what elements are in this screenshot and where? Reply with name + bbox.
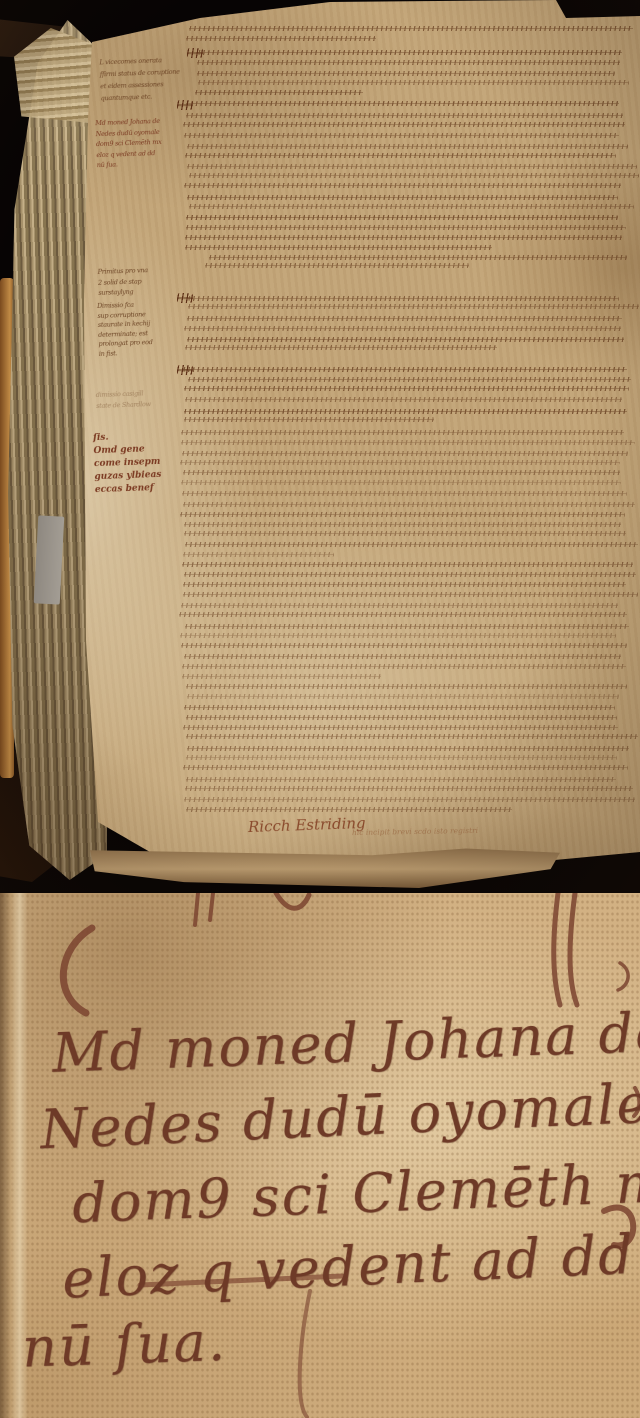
script-line xyxy=(188,296,620,301)
script-line xyxy=(197,71,615,76)
script-line xyxy=(184,522,621,527)
script-line xyxy=(187,164,637,169)
script-line xyxy=(186,36,375,41)
script-line xyxy=(195,90,364,95)
script-line xyxy=(189,204,634,209)
dimissio-note: Dimissio fcasup corruptionestaurate in k… xyxy=(97,300,153,359)
margin-note-line: eccas benef xyxy=(95,482,162,497)
script-line xyxy=(183,725,618,730)
script-line xyxy=(187,316,621,321)
script-line xyxy=(183,122,625,127)
script-line xyxy=(185,624,629,629)
script-line xyxy=(185,345,496,350)
marginal-note-closeup-photo: Md moned Johana deNedes dudū oyomaledom9… xyxy=(0,893,640,1418)
script-line xyxy=(188,377,631,382)
script-line xyxy=(186,715,618,720)
script-line xyxy=(186,684,627,689)
margin-note-line: surstaylyng xyxy=(98,286,149,298)
script-line xyxy=(187,694,619,699)
script-line xyxy=(184,417,434,422)
script-line xyxy=(186,807,512,812)
script-line xyxy=(184,183,622,188)
script-line xyxy=(185,786,633,791)
script-line xyxy=(186,225,625,230)
script-line xyxy=(180,512,625,517)
script-line xyxy=(182,491,626,496)
script-line xyxy=(187,144,628,149)
script-line xyxy=(184,797,635,802)
script-line xyxy=(184,654,622,659)
script-line xyxy=(184,705,615,710)
script-line xyxy=(183,765,628,770)
script-line xyxy=(185,235,622,240)
script-line xyxy=(187,195,618,200)
script-line xyxy=(183,552,334,557)
md-moned-note: Md moned Johana deNedes dudū oyomaledom9… xyxy=(95,116,162,171)
script-line xyxy=(184,531,626,536)
script-line xyxy=(183,582,626,587)
script-line xyxy=(183,502,635,507)
script-line xyxy=(185,397,622,402)
script-line xyxy=(181,440,635,445)
script-line xyxy=(186,101,619,106)
script-line xyxy=(184,386,629,391)
script-line xyxy=(185,153,616,158)
margin-note-line: prolongat pro eod xyxy=(98,338,152,349)
script-line xyxy=(184,326,621,331)
script-line xyxy=(209,255,627,260)
script-line xyxy=(184,409,626,414)
script-line xyxy=(184,572,636,577)
script-line xyxy=(189,173,640,178)
script-line xyxy=(182,674,382,679)
script-line xyxy=(185,542,638,547)
script-line xyxy=(180,460,620,465)
script-line xyxy=(186,755,617,760)
script-line xyxy=(182,562,633,567)
closeup-script-line: eloz q vedent ad dd xyxy=(61,1223,636,1311)
script-line xyxy=(189,26,634,31)
primitus-note: Primitus pro vna2 solid de stapsurstayly… xyxy=(97,265,148,298)
flourished-initial xyxy=(187,48,203,58)
script-line xyxy=(179,612,627,617)
margin-note-line: in fist. xyxy=(99,348,153,359)
sheriff-note: L vicecomes onerataffirmi status de coru… xyxy=(99,54,181,105)
closeup-script-line: Md moned Johana de xyxy=(51,1000,640,1084)
script-line xyxy=(187,746,629,751)
script-line xyxy=(187,337,624,342)
script-line xyxy=(182,451,628,456)
script-line xyxy=(186,734,637,739)
script-line xyxy=(181,430,624,435)
script-line xyxy=(184,133,618,138)
manuscript-photo-post: Ricch Estriding hic incipit brevi scdo i… xyxy=(0,0,640,1418)
script-line xyxy=(188,304,639,309)
script-line xyxy=(183,367,627,372)
script-line xyxy=(186,113,623,118)
script-line xyxy=(180,633,616,638)
script-line xyxy=(183,470,620,475)
bookmark-tab xyxy=(34,515,65,604)
closeup-script-line: nū ſua. xyxy=(21,1309,228,1379)
script-line xyxy=(205,263,469,268)
script-line xyxy=(181,480,621,485)
margin-note-line: state de Shardlow xyxy=(96,399,151,412)
script-line xyxy=(197,60,619,65)
flourished-initial xyxy=(177,365,193,375)
shardlow-note: dimissio casigillstate de Shardlow xyxy=(96,388,151,412)
script-line xyxy=(185,245,492,250)
script-line xyxy=(198,50,621,55)
script-line xyxy=(182,664,626,669)
closeup-script-line: dom9 sci Clemēth mx xyxy=(71,1150,640,1235)
script-line xyxy=(186,215,618,220)
script-line xyxy=(181,643,627,648)
script-line xyxy=(183,592,638,597)
open-manuscript-photo: Ricch Estriding hic incipit brevi scdo i… xyxy=(0,0,640,893)
flourished-initial xyxy=(177,293,193,303)
script-line xyxy=(181,603,618,608)
script-line xyxy=(198,80,629,85)
script-line xyxy=(186,777,616,782)
closeup-script-line: Nedes dudū oyomale xyxy=(39,1072,640,1162)
grande-note: ſis.Omd genecome insepmguzas ylbieasecca… xyxy=(93,430,162,497)
